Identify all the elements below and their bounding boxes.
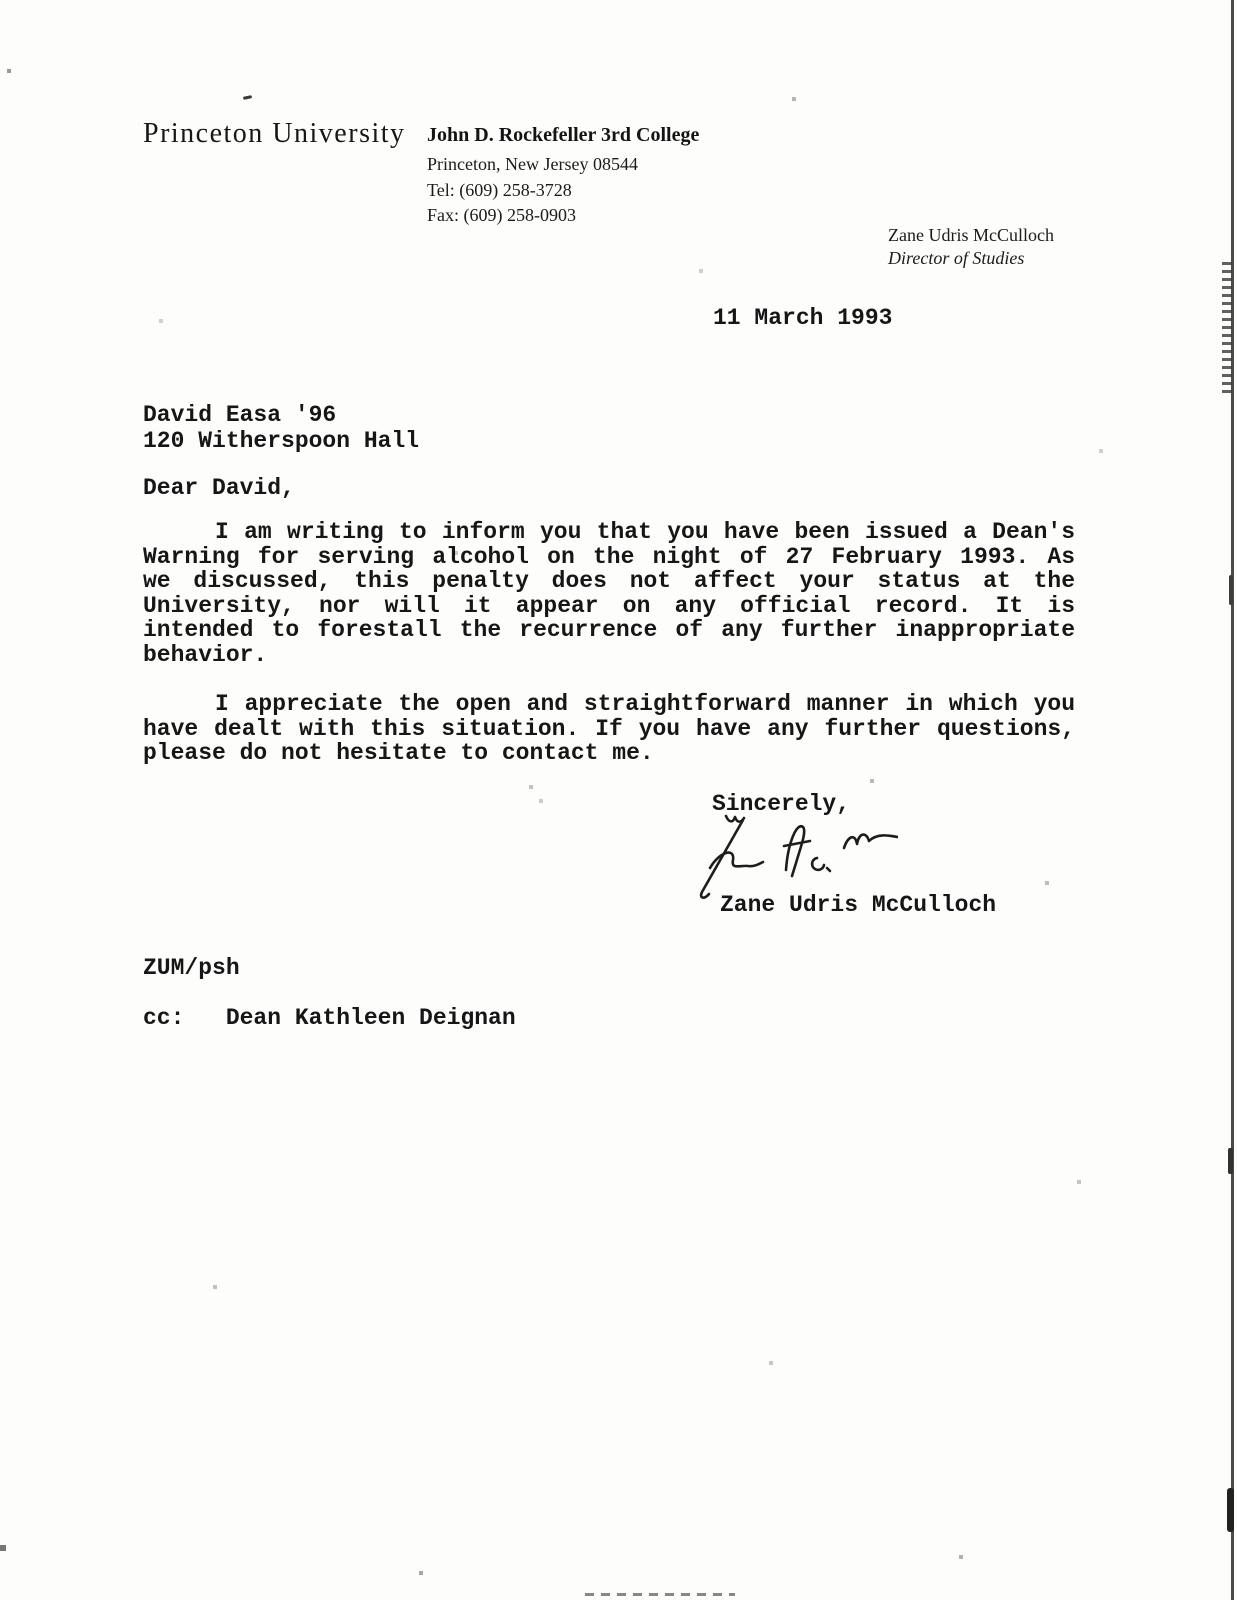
paragraph-line: please do not hesitate to contact me. xyxy=(143,741,1075,766)
officer-title: Director of Studies xyxy=(888,247,1054,270)
paragraph-line: behavior. xyxy=(143,643,1075,668)
college-name: John D. Rockefeller 3rd College xyxy=(427,124,699,147)
recipient-street: 120 Witherspoon Hall xyxy=(143,428,419,454)
paragraph-line: have dealt with this situation. If you h… xyxy=(143,717,1075,742)
scan-edge-line xyxy=(1231,0,1234,1600)
recipient-name: David Easa '96 xyxy=(143,402,419,428)
paragraph-line: we discussed, this penalty does not affe… xyxy=(143,569,1075,594)
scan-speckles xyxy=(0,0,2,2)
college-address: Princeton, New Jersey 08544 xyxy=(427,152,699,178)
college-address-block: John D. Rockefeller 3rd College Princeto… xyxy=(427,124,699,229)
signature-name: Zane Udris McCulloch xyxy=(720,893,996,918)
paragraph-line: I am writing to inform you that you have… xyxy=(143,520,1075,545)
scan-edge-blob xyxy=(1228,1148,1233,1174)
college-fax: Fax: (609) 258-0903 xyxy=(427,203,699,229)
scan-edge-blob xyxy=(1229,575,1233,605)
body-paragraph-2: I appreciate the open and straightforwar… xyxy=(143,692,1075,766)
officer-block: Zane Udris McCulloch Director of Studies xyxy=(888,224,1054,270)
signature-scribble-icon xyxy=(686,806,898,902)
paragraph-line: University, nor will it appear on any of… xyxy=(143,594,1075,619)
salutation: Dear David, xyxy=(143,476,295,501)
scan-mark xyxy=(243,95,252,100)
recipient-address: David Easa '96 120 Witherspoon Hall xyxy=(143,402,419,454)
university-name: Princeton University xyxy=(143,118,406,150)
scan-bottom-dashes xyxy=(585,1593,735,1596)
officer-name: Zane Udris McCulloch xyxy=(888,224,1054,247)
cc-line: cc: Dean Kathleen Deignan xyxy=(143,1006,516,1031)
typist-initials: ZUM/psh xyxy=(143,956,240,981)
scan-edge-blob xyxy=(1227,1488,1234,1532)
scan-edge-ladder xyxy=(1222,262,1232,394)
letter-date: 11 March 1993 xyxy=(713,306,892,331)
paragraph-line: I appreciate the open and straightforwar… xyxy=(143,692,1075,717)
body-paragraph-1: I am writing to inform you that you have… xyxy=(143,520,1075,668)
handwritten-signature xyxy=(686,806,898,902)
paragraph-line: intended to forestall the recurrence of … xyxy=(143,618,1075,643)
letter-page: Princeton University John D. Rockefeller… xyxy=(0,0,1237,1600)
college-tel: Tel: (609) 258-3728 xyxy=(427,178,699,204)
paragraph-line: Warning for serving alcohol on the night… xyxy=(143,545,1075,570)
